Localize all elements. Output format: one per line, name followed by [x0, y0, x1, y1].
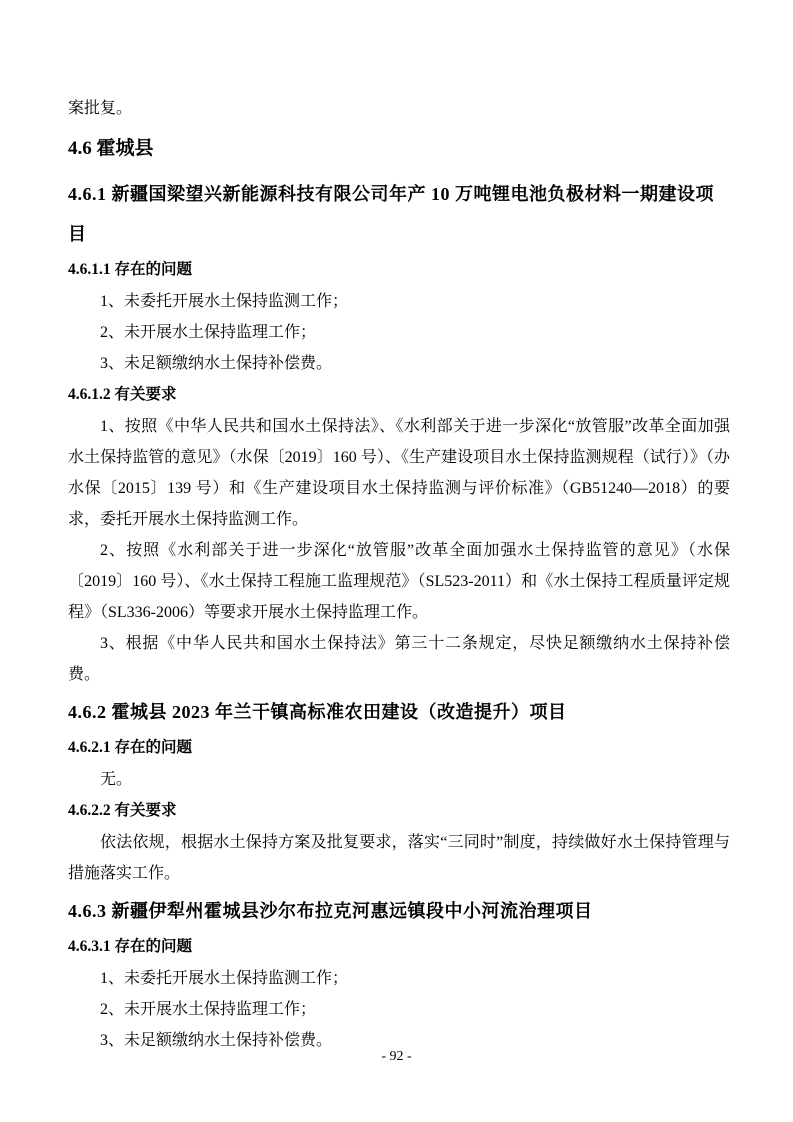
heading-problems-4-6-3-1: 4.6.3.1 存在的问题: [68, 935, 730, 959]
requirement-item-2: 2、按照《水利部关于进一步深化“放管服”改革全面加强水土保持监管的意见》（水保〔…: [68, 535, 730, 628]
document-body: 案批复。 4.6 霍城县 4.6.1 新疆国梁望兴新能源科技有限公司年产 10 …: [68, 98, 730, 1056]
heading-requirements-4-6-2-2: 4.6.2.2 有关要求: [68, 799, 730, 823]
heading-section-4-6: 4.6 霍城县: [68, 136, 730, 162]
heading-problems-4-6-2-1: 4.6.2.1 存在的问题: [68, 736, 730, 760]
heading-project-4-6-3: 4.6.3 新疆伊犁州霍城县沙尔布拉克河惠远镇段中小河流治理项目: [68, 891, 730, 931]
problem-item-1: 1、未委托开展水土保持监测工作；: [68, 286, 730, 317]
heading-problems-4-6-1-1: 4.6.1.1 存在的问题: [68, 258, 730, 282]
page-number: - 92 -: [0, 1048, 793, 1066]
requirement-item-3: 3、根据《中华人民共和国水土保持法》第三十二条规定，尽快足额缴纳水土保持补偿费。: [68, 628, 730, 690]
paragraph-continuation: 案批复。: [68, 98, 730, 120]
requirement-paragraph: 依法依规，根据水土保持方案及批复要求，落实“三同时”制度，持续做好水土保持管理与…: [68, 827, 730, 889]
heading-project-4-6-2: 4.6.2 霍城县 2023 年兰干镇高标准农田建设（改造提升）项目: [68, 692, 730, 732]
document-page: 案批复。 4.6 霍城县 4.6.1 新疆国梁望兴新能源科技有限公司年产 10 …: [0, 0, 793, 1122]
problem-item-2: 2、未开展水土保持监理工作；: [68, 994, 730, 1025]
problem-item-3: 3、未足额缴纳水土保持补偿费。: [68, 348, 730, 379]
heading-requirements-4-6-1-2: 4.6.1.2 有关要求: [68, 383, 730, 407]
problem-item-1: 1、未委托开展水土保持监测工作；: [68, 963, 730, 994]
problem-item-2: 2、未开展水土保持监理工作；: [68, 317, 730, 348]
requirement-item-1: 1、按照《中华人民共和国水土保持法》、《水利部关于进一步深化“放管服”改革全面加…: [68, 411, 730, 535]
heading-project-4-6-1: 4.6.1 新疆国梁望兴新能源科技有限公司年产 10 万吨锂电池负极材料一期建设…: [68, 174, 730, 254]
problems-none-text: 无。: [68, 764, 730, 795]
